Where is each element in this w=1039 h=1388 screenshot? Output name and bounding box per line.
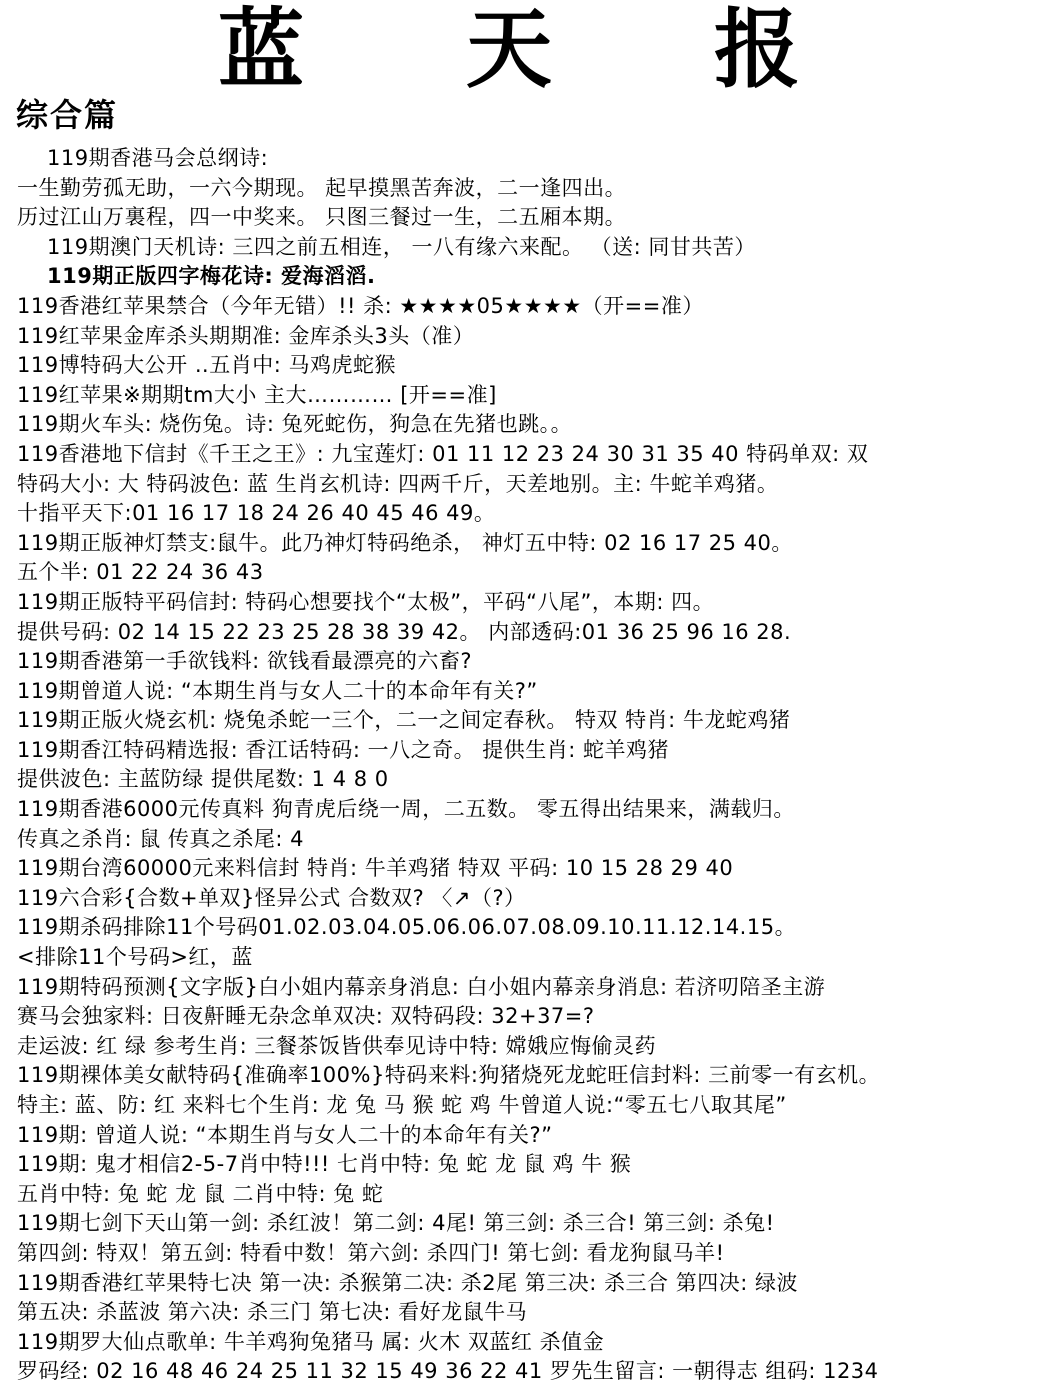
text-line: 119期香港红苹果特七决 第一决: 杀猴第二决: 杀2尾 第三决: 杀三合 第四… — [17, 1269, 1037, 1299]
text-line: 119期罗大仙点歌单: 牛羊鸡狗兔猪马 属: 火木 双蓝红 杀值金 — [17, 1328, 1037, 1358]
text-line: 119期香港6000元传真料 狗青虎后绕一周，二五数。 零五得出结果来，满载归。 — [17, 795, 1037, 825]
text-line: 119红苹果※期期tm大小 主大………… [开==准] — [17, 381, 1037, 411]
text-line: 赛马会独家料: 日夜鼾睡无杂念单双决: 双特码段: 32+37=? — [17, 1002, 1037, 1032]
text-line: 第四剑: 特双！第五剑: 特看中数！第六剑: 杀四门! 第七剑: 看龙狗鼠马羊! — [17, 1239, 1037, 1269]
text-line: 119香港红苹果禁合（今年无错）!! 杀: ★★★★05★★★★（开==准） — [17, 292, 1037, 322]
title-char-2: 天 — [466, 2, 552, 98]
text-line: 119期香港第一手欲钱料: 欲钱看最漂亮的六畜? — [17, 647, 1037, 677]
text-line: 历过江山万裏程，四一中奖来。 只图三餐过一生，二五厢本期。 — [17, 203, 1037, 233]
text-line: 119期正版火烧玄机: 烧兔杀蛇一三个，二一之间定春秋。 特双 特肖: 牛龙蛇鸡… — [17, 706, 1037, 736]
text-line: 传真之杀肖: 鼠 传真之杀尾: 4 — [17, 825, 1037, 855]
text-line: 119期七剑下天山第一剑: 杀红波！第二剑: 4尾! 第三剑: 杀三合! 第三剑… — [17, 1209, 1037, 1239]
section-header: 综合篇 — [16, 96, 118, 134]
text-line: 119期曾道人说: “本期生肖与女人二十的本命年有关?” — [17, 677, 1037, 707]
text-line: 119期香港马会总纲诗: — [17, 144, 1037, 174]
text-line: 119期正版四字梅花诗: 爱海滔滔. — [17, 262, 1037, 292]
tips-text-block: 119期香港马会总纲诗:一生勤劳孤无助，一六今期现。 起早摸黑苦奔波，二一逢四出… — [17, 144, 1037, 1387]
text-line: <排除11个号码>红，蓝 — [17, 943, 1037, 973]
text-line: 119期裸体美女献特码{准确率100%}特码来料:狗猪烧死龙蛇旺信封料: 三前零… — [17, 1061, 1037, 1091]
text-line: 特码大小: 大 特码波色: 蓝 生肖玄机诗: 四两千斤，天差地别。主: 牛蛇羊鸡… — [17, 470, 1037, 500]
text-line: 119博特码大公开 ‥五肖中: 马鸡虎蛇猴 — [17, 351, 1037, 381]
text-line: 119期杀码排除11个号码01.02.03.04.05.06.06.07.08.… — [17, 913, 1037, 943]
text-line: 119红苹果金库杀头期期准: 金库杀头3头（准） — [17, 322, 1037, 352]
text-line: 十指平天下:01 16 17 18 24 26 40 45 46 49。 — [17, 499, 1037, 529]
text-line: 五肖中特: 兔 蛇 龙 鼠 二肖中特: 兔 蛇 — [17, 1180, 1037, 1210]
text-line: 五个半: 01 22 24 36 43 — [17, 558, 1037, 588]
newspaper-title: 蓝 天 报 — [0, 2, 1039, 102]
text-line: 走运波: 红 绿 参考生肖: 三餐茶饭皆供奉见诗中特: 嫦娥应悔偷灵药 — [17, 1032, 1037, 1062]
text-line: 提供波色: 主蓝防绿 提供尾数: 1 4 8 0 — [17, 765, 1037, 795]
text-line: 119期火车头: 烧伤兔。诗: 兔死蛇伤，狗急在先猪也跳。。 — [17, 410, 1037, 440]
text-line: 119期: 鬼才相信2-5-7肖中特!!! 七肖中特: 兔 蛇 龙 鼠 鸡 牛 … — [17, 1150, 1037, 1180]
text-line: 119香港地下信封《千王之王》: 九宝莲灯: 01 11 12 23 24 30… — [17, 440, 1037, 470]
text-line: 一生勤劳孤无助，一六今期现。 起早摸黑苦奔波，二一逢四出。 — [17, 174, 1037, 204]
title-char-1: 蓝 — [218, 2, 304, 98]
text-line: 第五决: 杀蓝波 第六决: 杀三门 第七决: 看好龙鼠牛马 — [17, 1298, 1037, 1328]
title-char-3: 报 — [714, 2, 800, 98]
text-line: 提供号码: 02 14 15 22 23 25 28 38 39 42。 内部透… — [17, 618, 1037, 648]
text-line: 119期澳门天机诗: 三四之前五相连， 一八有缘六来配。 （送: 同甘共苦） — [17, 233, 1037, 263]
text-line: 119期特码预测{文字版}白小姐内幕亲身消息: 白小姐内幕亲身消息: 若济叨陪圣… — [17, 973, 1037, 1003]
text-line: 特主: 蓝、防: 红 来料七个生肖: 龙 兔 马 猴 蛇 鸡 牛曾道人说:“零五… — [17, 1091, 1037, 1121]
text-line: 119六合彩{合数+单双}怪异公式 合数双? 〈↗（?） — [17, 884, 1037, 914]
text-line: 119期台湾60000元来料信封 特肖: 牛羊鸡猪 特双 平码: 10 15 2… — [17, 854, 1037, 884]
text-line: 119期: 曾道人说: “本期生肖与女人二十的本命年有关?” — [17, 1121, 1037, 1151]
text-line: 罗码经: 02 16 48 46 24 25 11 32 15 49 36 22… — [17, 1357, 1037, 1387]
text-line: 119期香江特码精选报: 香江话特码: 一八之奇。 提供生肖: 蛇羊鸡猪 — [17, 736, 1037, 766]
text-line: 119期正版特平码信封: 特码心想要找个“太极”，平码“八尾”，本期: 四。 — [17, 588, 1037, 618]
text-line: 119期正版神灯禁支:鼠牛。此乃神灯特码绝杀， 神灯五中特: 02 16 17 … — [17, 529, 1037, 559]
newspaper-page: 蓝 天 报 综合篇 119期香港马会总纲诗:一生勤劳孤无助，一六今期现。 起早摸… — [0, 0, 1039, 1388]
